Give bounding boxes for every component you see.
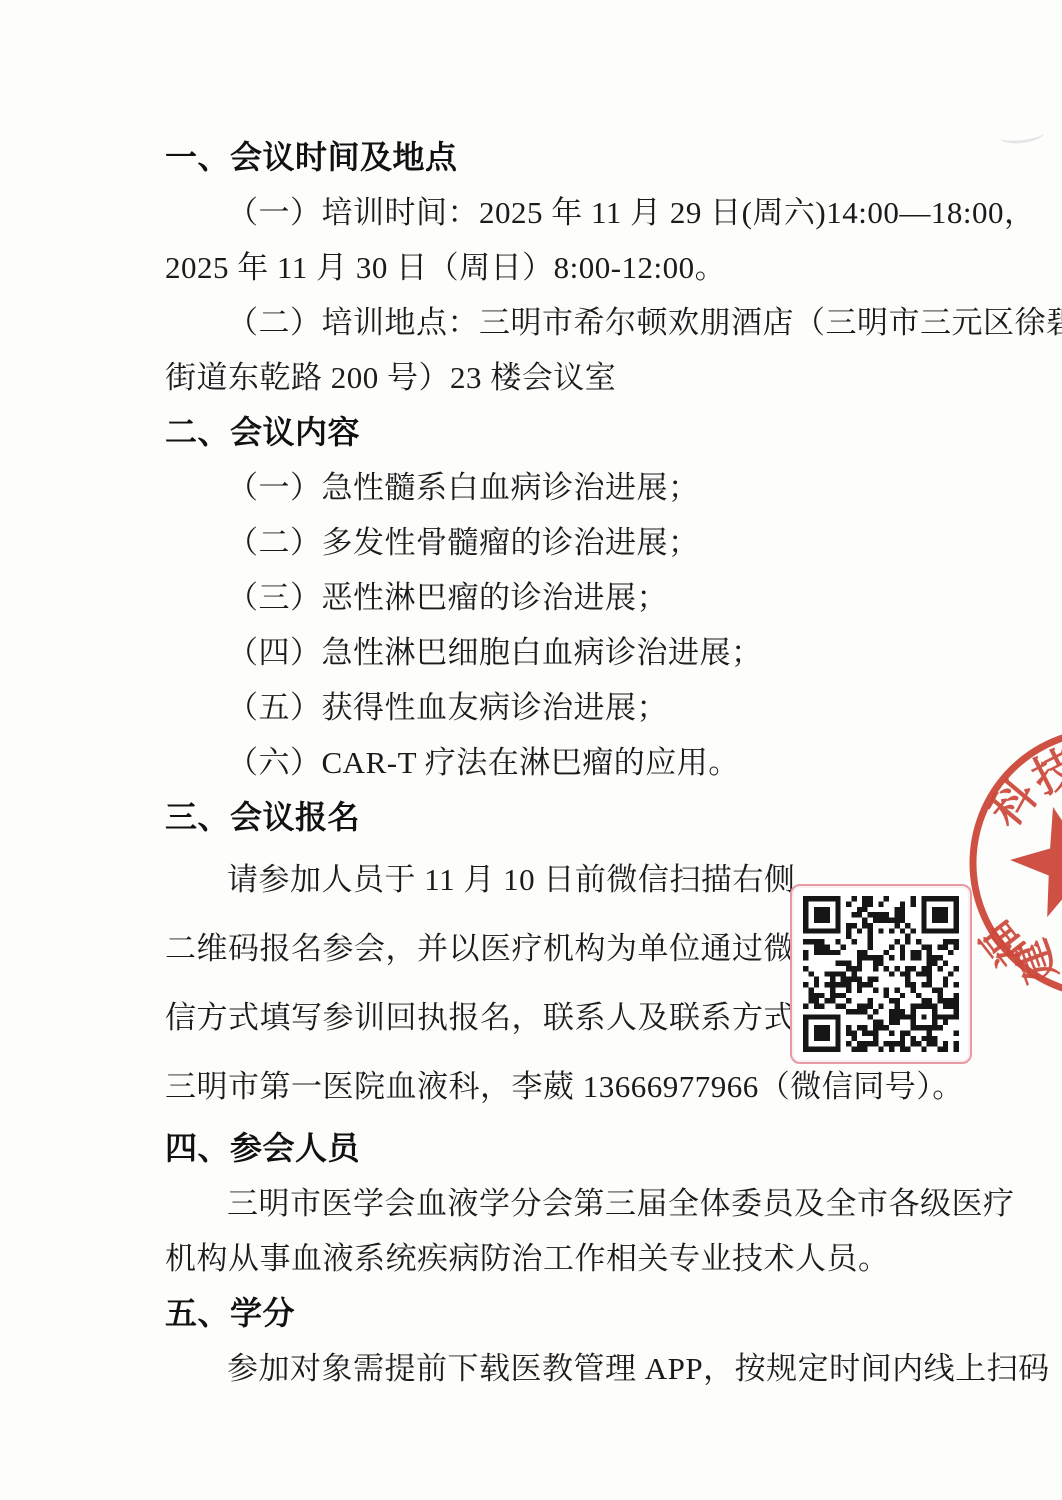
seal-char: 技 xyxy=(1025,740,1062,804)
section-heading-1: 一、会议时间及地点 xyxy=(165,130,975,185)
list-item: （一）急性髓系白血病诊治进展； xyxy=(165,460,975,515)
section-heading-4: 四、参会人员 xyxy=(165,1121,975,1176)
text-line: 参加对象需提前下载医教管理 APP，按规定时间内线上扫码 xyxy=(165,1341,975,1396)
text-line: 三明市医学会血液学分会第三届全体委员及全市各级医疗 xyxy=(165,1176,975,1231)
text-line: （一）培训时间：2025 年 11 月 29 日(周六)14:00—18:00， xyxy=(165,185,975,240)
list-item: （三）恶性淋巴瘤的诊治进展； xyxy=(165,570,975,625)
seal-star-icon xyxy=(1010,807,1062,917)
text-line: 街道东乾路 200 号）23 楼会议室 xyxy=(165,350,975,405)
seal-char: 福 xyxy=(973,912,1036,974)
list-item: （四）急性淋巴细胞白血病诊治进展； xyxy=(165,625,975,680)
text-line: （二）培训地点：三明市希尔顿欢朋酒店（三明市三元区徐碧 xyxy=(165,295,975,350)
list-item: （六）CAR-T 疗法在淋巴瘤的应用。 xyxy=(165,735,975,790)
list-item: （五）获得性血友病诊治进展； xyxy=(165,680,975,735)
document-page: 一、会议时间及地点 （一）培训时间：2025 年 11 月 29 日(周六)14… xyxy=(0,0,1062,1500)
seal-char: 科 xyxy=(981,771,1047,836)
section-heading-3: 三、会议报名 xyxy=(165,790,975,845)
text-line: 2025 年 11 月 30 日（周日）8:00-12:00。 xyxy=(165,240,975,295)
official-seal: 科 技 福 建 xyxy=(968,713,1062,1013)
list-item: （二）多发性骨髓瘤的诊治进展； xyxy=(165,515,975,570)
document-body: 一、会议时间及地点 （一）培训时间：2025 年 11 月 29 日(周六)14… xyxy=(165,130,975,1396)
registration-qr-frame xyxy=(790,884,972,1064)
section-heading-5: 五、学分 xyxy=(165,1286,975,1341)
seal-ring xyxy=(973,731,1062,995)
text-line: 机构从事血液系统疾病防治工作相关专业技术人员。 xyxy=(165,1231,975,1286)
registration-qr-code xyxy=(803,896,959,1052)
seal-char: 建 xyxy=(1008,933,1062,989)
scan-smudge-mark xyxy=(999,125,1045,145)
section-heading-2: 二、会议内容 xyxy=(165,405,975,460)
